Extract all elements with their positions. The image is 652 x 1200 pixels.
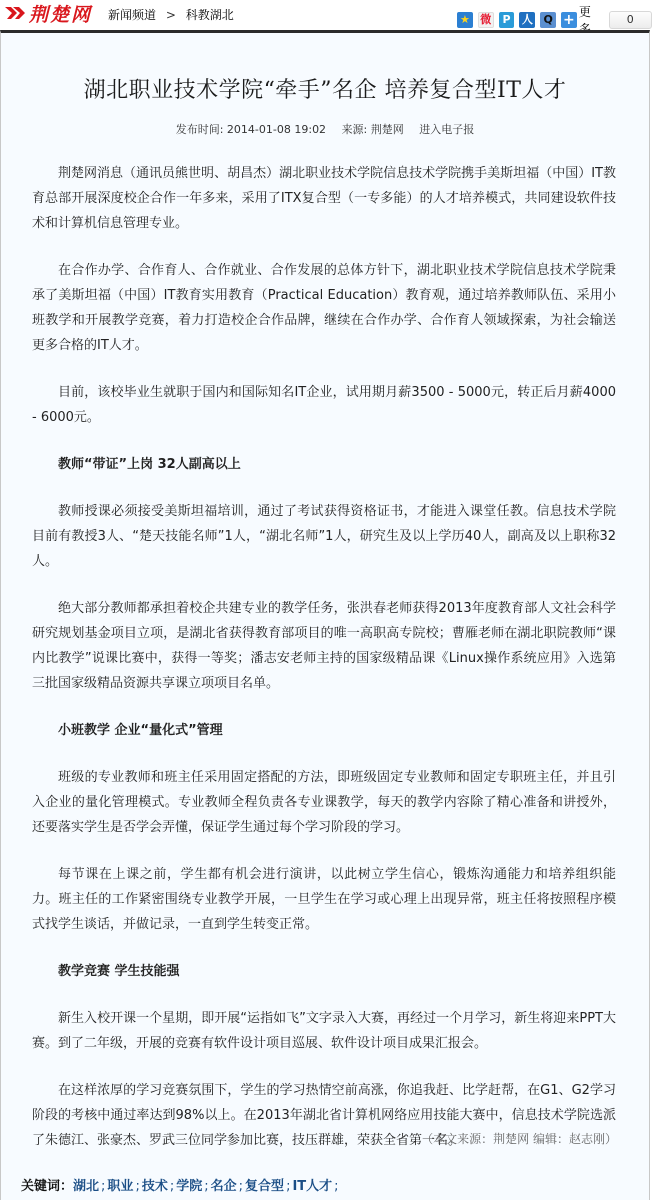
- article-credit: （本文来源：荆楚网 编辑：赵志刚）: [421, 1130, 617, 1147]
- share-count: 0: [609, 11, 652, 29]
- tencent-weibo-icon[interactable]: P: [499, 12, 515, 28]
- paragraph: 每节课在上课之前，学生都有机会进行演讲，以此树立学生信心，锻炼沟通能力和培养组织…: [32, 862, 616, 937]
- keyword-link[interactable]: IT人才: [292, 1179, 332, 1194]
- qzone-icon[interactable]: ★: [457, 12, 473, 28]
- keyword-separator: ;: [239, 1179, 243, 1194]
- epaper-link[interactable]: 进入电子报: [419, 123, 474, 136]
- keyword-link[interactable]: 职业: [107, 1179, 133, 1194]
- publish-time: 发布时间: 2014-01-08 19:02: [176, 123, 326, 136]
- breadcrumb-science-education[interactable]: 科教湖北: [186, 8, 234, 22]
- section-heading: 小班教学 企业“量化式”管理: [32, 718, 616, 743]
- keyword-separator: ;: [170, 1179, 174, 1194]
- keyword-separator: ;: [334, 1179, 338, 1194]
- paragraph: 荆楚网消息（通讯员熊世明、胡昌杰）湖北职业技术学院信息技术学院携手美斯坦福（中国…: [32, 161, 616, 236]
- article-container: 湖北职业技术学院“牵手”名企 培养复合型IT人才 发布时间: 2014-01-0…: [0, 30, 650, 1200]
- section-heading: 教学竞赛 学生技能强: [32, 959, 616, 984]
- keyword-separator: ;: [135, 1179, 139, 1194]
- article-body: 荆楚网消息（通讯员熊世明、胡昌杰）湖北职业技术学院信息技术学院携手美斯坦福（中国…: [32, 161, 616, 1175]
- site-logo[interactable]: 荆楚网: [4, 2, 92, 24]
- paragraph: 班级的专业教师和班主任采用固定搭配的方法，即班级固定专业教师和固定专职班主任，并…: [32, 765, 616, 840]
- renren-icon[interactable]: 人: [519, 12, 535, 28]
- paragraph: 在合作办学、合作育人、合作就业、合作发展的总体方针下，湖北职业技术学院信息技术学…: [32, 258, 616, 358]
- logo-mark-icon: [4, 4, 26, 22]
- sina-weibo-icon[interactable]: 微: [478, 12, 494, 28]
- paragraph: 目前，该校毕业生就职于国内和国际知名IT企业，试用期月薪3500 - 5000元…: [32, 380, 616, 430]
- article-meta: 发布时间: 2014-01-08 19:02 来源: 荆楚网 进入电子报: [1, 121, 649, 137]
- keyword-separator: ;: [204, 1179, 208, 1194]
- section-heading: 教师“带证”上岗 32人副高以上: [32, 452, 616, 477]
- keyword-link[interactable]: 学院: [176, 1179, 202, 1194]
- keyword-link[interactable]: 技术: [142, 1179, 168, 1194]
- keyword-link[interactable]: 名企: [211, 1179, 237, 1194]
- paragraph: 新生入校开课一个星期，即开展“运指如飞”文字录入大赛，再经过一个月学习，新生将迎…: [32, 1006, 616, 1056]
- logo-text: 荆楚网: [29, 0, 92, 27]
- breadcrumb-news-channel[interactable]: 新闻频道: [108, 8, 156, 22]
- article-source: 来源: 荆楚网: [342, 123, 404, 136]
- keyword-separator: ;: [101, 1179, 105, 1194]
- paragraph: 教师授课必须接受美斯坦福培训，通过了考试获得资格证书，才能进入课堂任教。信息技术…: [32, 499, 616, 574]
- more-share-icon[interactable]: +: [561, 12, 577, 28]
- keywords-label: 关键词：: [21, 1179, 73, 1194]
- breadcrumb-separator: >: [166, 8, 176, 22]
- top-bar: 荆楚网 新闻频道 > 科教湖北 ★ 微 P 人 Q + 更多 0: [0, 0, 652, 30]
- keyword-link[interactable]: 复合型: [245, 1179, 284, 1194]
- keyword-link[interactable]: 湖北: [73, 1179, 99, 1194]
- keyword-separator: ;: [286, 1179, 290, 1194]
- article-title: 湖北职业技术学院“牵手”名企 培养复合型IT人才: [1, 73, 649, 104]
- qq-icon[interactable]: Q: [540, 12, 556, 28]
- breadcrumb: 新闻频道 > 科教湖北: [108, 6, 234, 23]
- keywords-row: 关键词：湖北;职业;技术;学院;名企;复合型;IT人才;: [21, 1175, 341, 1194]
- paragraph: 绝大部分教师都承担着校企共建专业的教学任务，张洪春老师获得2013年度教育部人文…: [32, 596, 616, 696]
